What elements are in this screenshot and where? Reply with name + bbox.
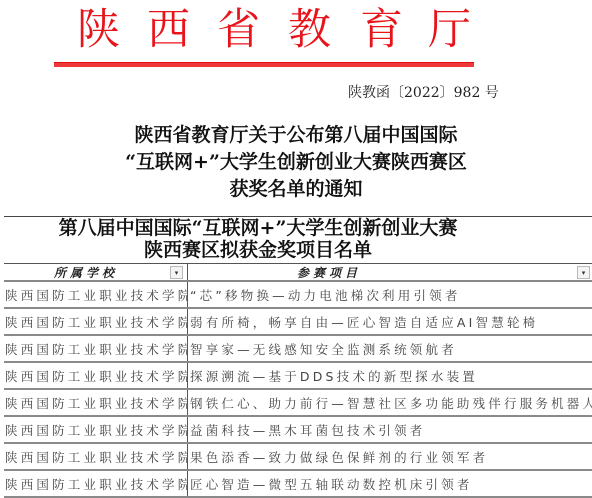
project-cell: “芯”移物换—动力电池梯次利用引领者 — [187, 282, 592, 307]
school-cell: 陕西国防工业职业技术学院 — [4, 363, 188, 388]
project-cell: 匠心智造—微型五轴联动数控机床引领者 — [187, 471, 592, 496]
table-row: 陕西国防工业职业技术学院 益菌科技—黑木耳菌包技术引领者 — [4, 417, 592, 444]
table-row: 陕西国防工业职业技术学院 “芯”移物换—动力电池梯次利用引领者 — [4, 282, 592, 309]
project-cell: 探源溯流—基于DDS技术的新型探水装置 — [187, 363, 592, 388]
masthead-char: 教 — [288, 4, 331, 56]
sheet-title-line-2: 陕西赛区拟获金奖项目名单 — [8, 239, 508, 261]
project-cell: 智享家—无线感知安全监测系统领航者 — [187, 336, 592, 361]
school-cell: 陕西国防工业职业技术学院 — [4, 444, 188, 469]
school-cell: 陕西国防工业职业技术学院 — [4, 417, 188, 442]
notice-title-line-2: “互联网+”大学生创新创业大赛陕西赛区 — [0, 149, 592, 175]
red-header-rule — [54, 62, 474, 67]
column-header-project: 参赛项目 ▾ — [187, 264, 592, 280]
school-cell: 陕西国防工业职业技术学院 — [4, 390, 188, 415]
notice-title-line-1: 陕西省教育厅关于公布第八届中国国际 — [0, 122, 592, 148]
school-cell: 陕西国防工业职业技术学院 — [4, 282, 188, 307]
table-row: 陕西国防工业职业技术学院 钢铁仁心、助力前行—智慧社区多功能助残伴行服务机器人 — [4, 390, 592, 417]
dropdown-icon[interactable]: ▾ — [577, 266, 590, 279]
column-header-label: 参赛项目 — [297, 264, 361, 280]
project-cell: 弱有所椅，畅享自由—匠心智造自适应AI智慧轮椅 — [187, 309, 592, 334]
table-row: 陕西国防工业职业技术学院 探源溯流—基于DDS技术的新型探水装置 — [4, 363, 592, 390]
school-cell: 陕西国防工业职业技术学院 — [4, 336, 188, 361]
masthead-char: 西 — [147, 4, 190, 56]
masthead-char: 厅 — [428, 4, 471, 56]
masthead-char: 育 — [360, 4, 403, 56]
notice-title-line-3: 获奖名单的通知 — [0, 176, 592, 202]
award-table: 所属学校 ▾ 参赛项目 ▾ 陕西国防工业职业技术学院 “芯”移物换—动力电池梯次… — [4, 263, 592, 498]
filter-dropdown-icon[interactable]: ▾ — [170, 266, 183, 279]
school-cell: 陕西国防工业职业技术学院 — [4, 309, 188, 334]
column-header-label: 所属学校 — [54, 264, 118, 280]
table-header-row: 所属学校 ▾ 参赛项目 ▾ — [4, 263, 592, 282]
table-row: 陕西国防工业职业技术学院 匠心智造—微型五轴联动数控机床引领者 — [4, 471, 592, 498]
school-cell: 陕西国防工业职业技术学院 — [4, 471, 188, 496]
project-cell: 钢铁仁心、助力前行—智慧社区多功能助残伴行服务机器人 — [187, 390, 592, 415]
masthead-char: 陕 — [77, 4, 120, 56]
project-cell: 果色添香—致力做绿色保鲜剂的行业领军者 — [187, 444, 592, 469]
project-cell: 益菌科技—黑木耳菌包技术引领者 — [187, 417, 592, 442]
masthead: 陕 西 省 教 育 厅 — [0, 4, 592, 56]
table-row: 陕西国防工业职业技术学院 果色添香—致力做绿色保鲜剂的行业领军者 — [4, 444, 592, 471]
table-row: 陕西国防工业职业技术学院 弱有所椅，畅享自由—匠心智造自适应AI智慧轮椅 — [4, 309, 592, 336]
document-number: 陕教函〔2022〕982 号 — [348, 82, 499, 102]
masthead-char: 省 — [217, 4, 260, 56]
sheet-title-line-1: 第八届中国国际“互联网+”大学生创新创业大赛 — [8, 217, 508, 239]
table-row: 陕西国防工业职业技术学院 智享家—无线感知安全监测系统领航者 — [4, 336, 592, 363]
column-header-school: 所属学校 ▾ — [4, 264, 188, 280]
